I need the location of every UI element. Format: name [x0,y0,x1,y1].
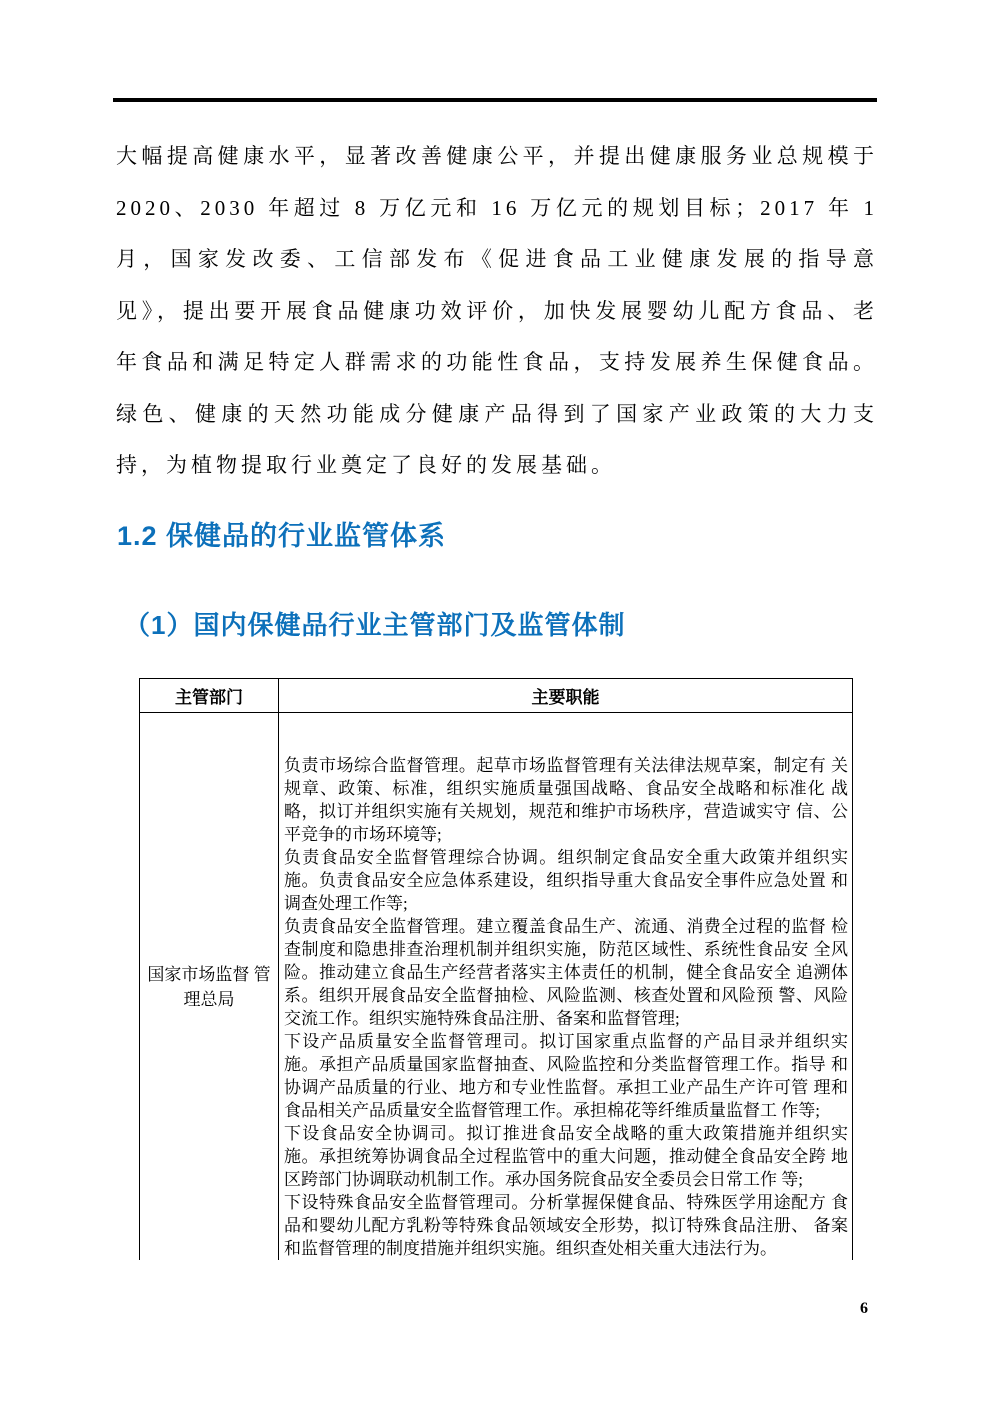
subsection-heading: （1）国内保健品行业主管部门及监管体制 [124,607,625,643]
regulators-table: 主管部门 主要职能 国家市场监督 管理总局 负责市场综合监督管理。起草市场监督管… [139,678,853,1260]
page-number: 6 [860,1300,868,1318]
document-page: 大幅提高健康水平，显著改善健康公平，并提出健康服务业总规模于 2020、2030… [0,0,992,1403]
department-cell: 国家市场监督 管理总局 [140,713,279,1261]
function-paragraph-6: 下设特殊食品安全监督管理司。分析掌握保健食品、特殊医学用途配方 食品和婴幼儿配方… [284,1191,848,1260]
function-paragraph-5: 下设食品安全协调司。拟订推进食品安全战略的重大政策措施并组织实 施。承担统筹协调… [284,1122,848,1191]
header-rule [113,98,877,102]
function-paragraph-2: 负责食品安全监督管理综合协调。组织制定食品安全重大政策并组织实 施。负责食品安全… [284,846,848,915]
function-paragraph-4: 下设产品质量安全监督管理司。拟订国家重点监督的产品目录并组织实 施。承担产品质量… [284,1030,848,1122]
function-paragraph-3: 负责食品安全监督管理。建立覆盖食品生产、流通、消费全过程的监督 检查制度和隐患排… [284,915,848,1030]
table-header-row: 主管部门 主要职能 [140,679,853,713]
function-paragraph-1: 负责市场综合监督管理。起草市场监督管理有关法律法规草案，制定有 关规章、政策、标… [284,754,848,846]
body-paragraph: 大幅提高健康水平，显著改善健康公平，并提出健康服务业总规模于 2020、2030… [116,131,878,492]
functions-cell: 负责市场综合监督管理。起草市场监督管理有关法律法规草案，制定有 关规章、政策、标… [279,713,853,1261]
table-header-department: 主管部门 [140,679,279,713]
table-row: 国家市场监督 管理总局 负责市场综合监督管理。起草市场监督管理有关法律法规草案，… [140,713,853,1261]
table-header-functions: 主要职能 [279,679,853,713]
section-heading: 1.2 保健品的行业监管体系 [117,518,446,554]
